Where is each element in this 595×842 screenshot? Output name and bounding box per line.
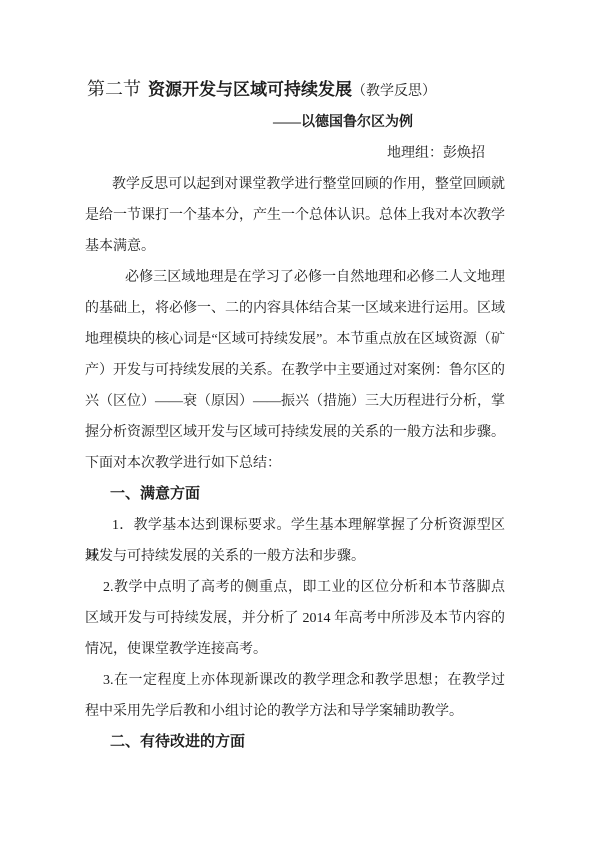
text-line: 地理模块的核心词是“区域可持续发展”。本节重点放在区域资源（矿: [85, 324, 505, 355]
document-body: 教学反思可以起到对课堂教学进行整堂回顾的作用，整堂回顾就 是给一节课打一个基本分…: [85, 169, 505, 758]
text-line: 下面对本次教学进行如下总结：: [85, 448, 505, 479]
text-line: 基本满意。: [85, 231, 505, 262]
text-line: 区域开发与可持续发展，并分析了 2014 年高考中所涉及本节内容的: [85, 603, 505, 634]
title-suffix-text: （教学反思）: [352, 84, 436, 99]
title-main-text: 资源开发与区域可持续发展: [148, 80, 352, 99]
text-line: 握分析资源型区域开发与区域可持续发展的关系的一般方法和步骤。: [85, 417, 505, 448]
title-section-number: 第二节: [87, 79, 141, 99]
text-line: 开发与可持续发展的关系的一般方法和步骤。: [85, 541, 505, 572]
document-byline: 地理组：彭焕招: [85, 139, 505, 169]
text-line: 情况，使课堂教学连接高考。: [85, 634, 505, 665]
text-line: 程中采用先学后教和小组讨论的教学方法和导学案辅助教学。: [85, 696, 505, 727]
text-line: 是给一节课打一个基本分，产生一个总体认识。总体上我对本次教学: [85, 200, 505, 231]
document-subtitle: ——以德国鲁尔区为例: [273, 106, 505, 139]
text-line: 2.教学中点明了高考的侧重点，即工业的区位分析和本节落脚点: [85, 572, 505, 603]
text-line: 的基础上，将必修一、二的内容具体结合某一区域来进行运用。区域: [85, 293, 505, 324]
text-line: 1．教学基本达到课标要求。学生基本理解掌握了分析资源型区域: [85, 510, 505, 541]
text-line: 必修三区域地理是在学习了必修一自然地理和必修二人文地理: [85, 262, 505, 293]
text-line: 3.在一定程度上亦体现新课改的教学理念和教学思想；在教学过: [85, 665, 505, 696]
section-heading-2: 二、有待改进的方面: [85, 727, 505, 758]
section-heading-1: 一、满意方面: [85, 479, 505, 510]
document-title: 第二节资源开发与区域可持续发展（教学反思）: [87, 72, 505, 106]
text-line: 教学反思可以起到对课堂教学进行整堂回顾的作用，整堂回顾就: [85, 169, 505, 200]
text-line: 兴（区位）——衰（原因）——振兴（措施）三大历程进行分析，掌: [85, 386, 505, 417]
document-page: 第二节资源开发与区域可持续发展（教学反思） ——以德国鲁尔区为例 地理组：彭焕招…: [0, 0, 595, 842]
text-line: 产）开发与可持续发展的关系。在教学中主要通过对案例：鲁尔区的: [85, 355, 505, 386]
